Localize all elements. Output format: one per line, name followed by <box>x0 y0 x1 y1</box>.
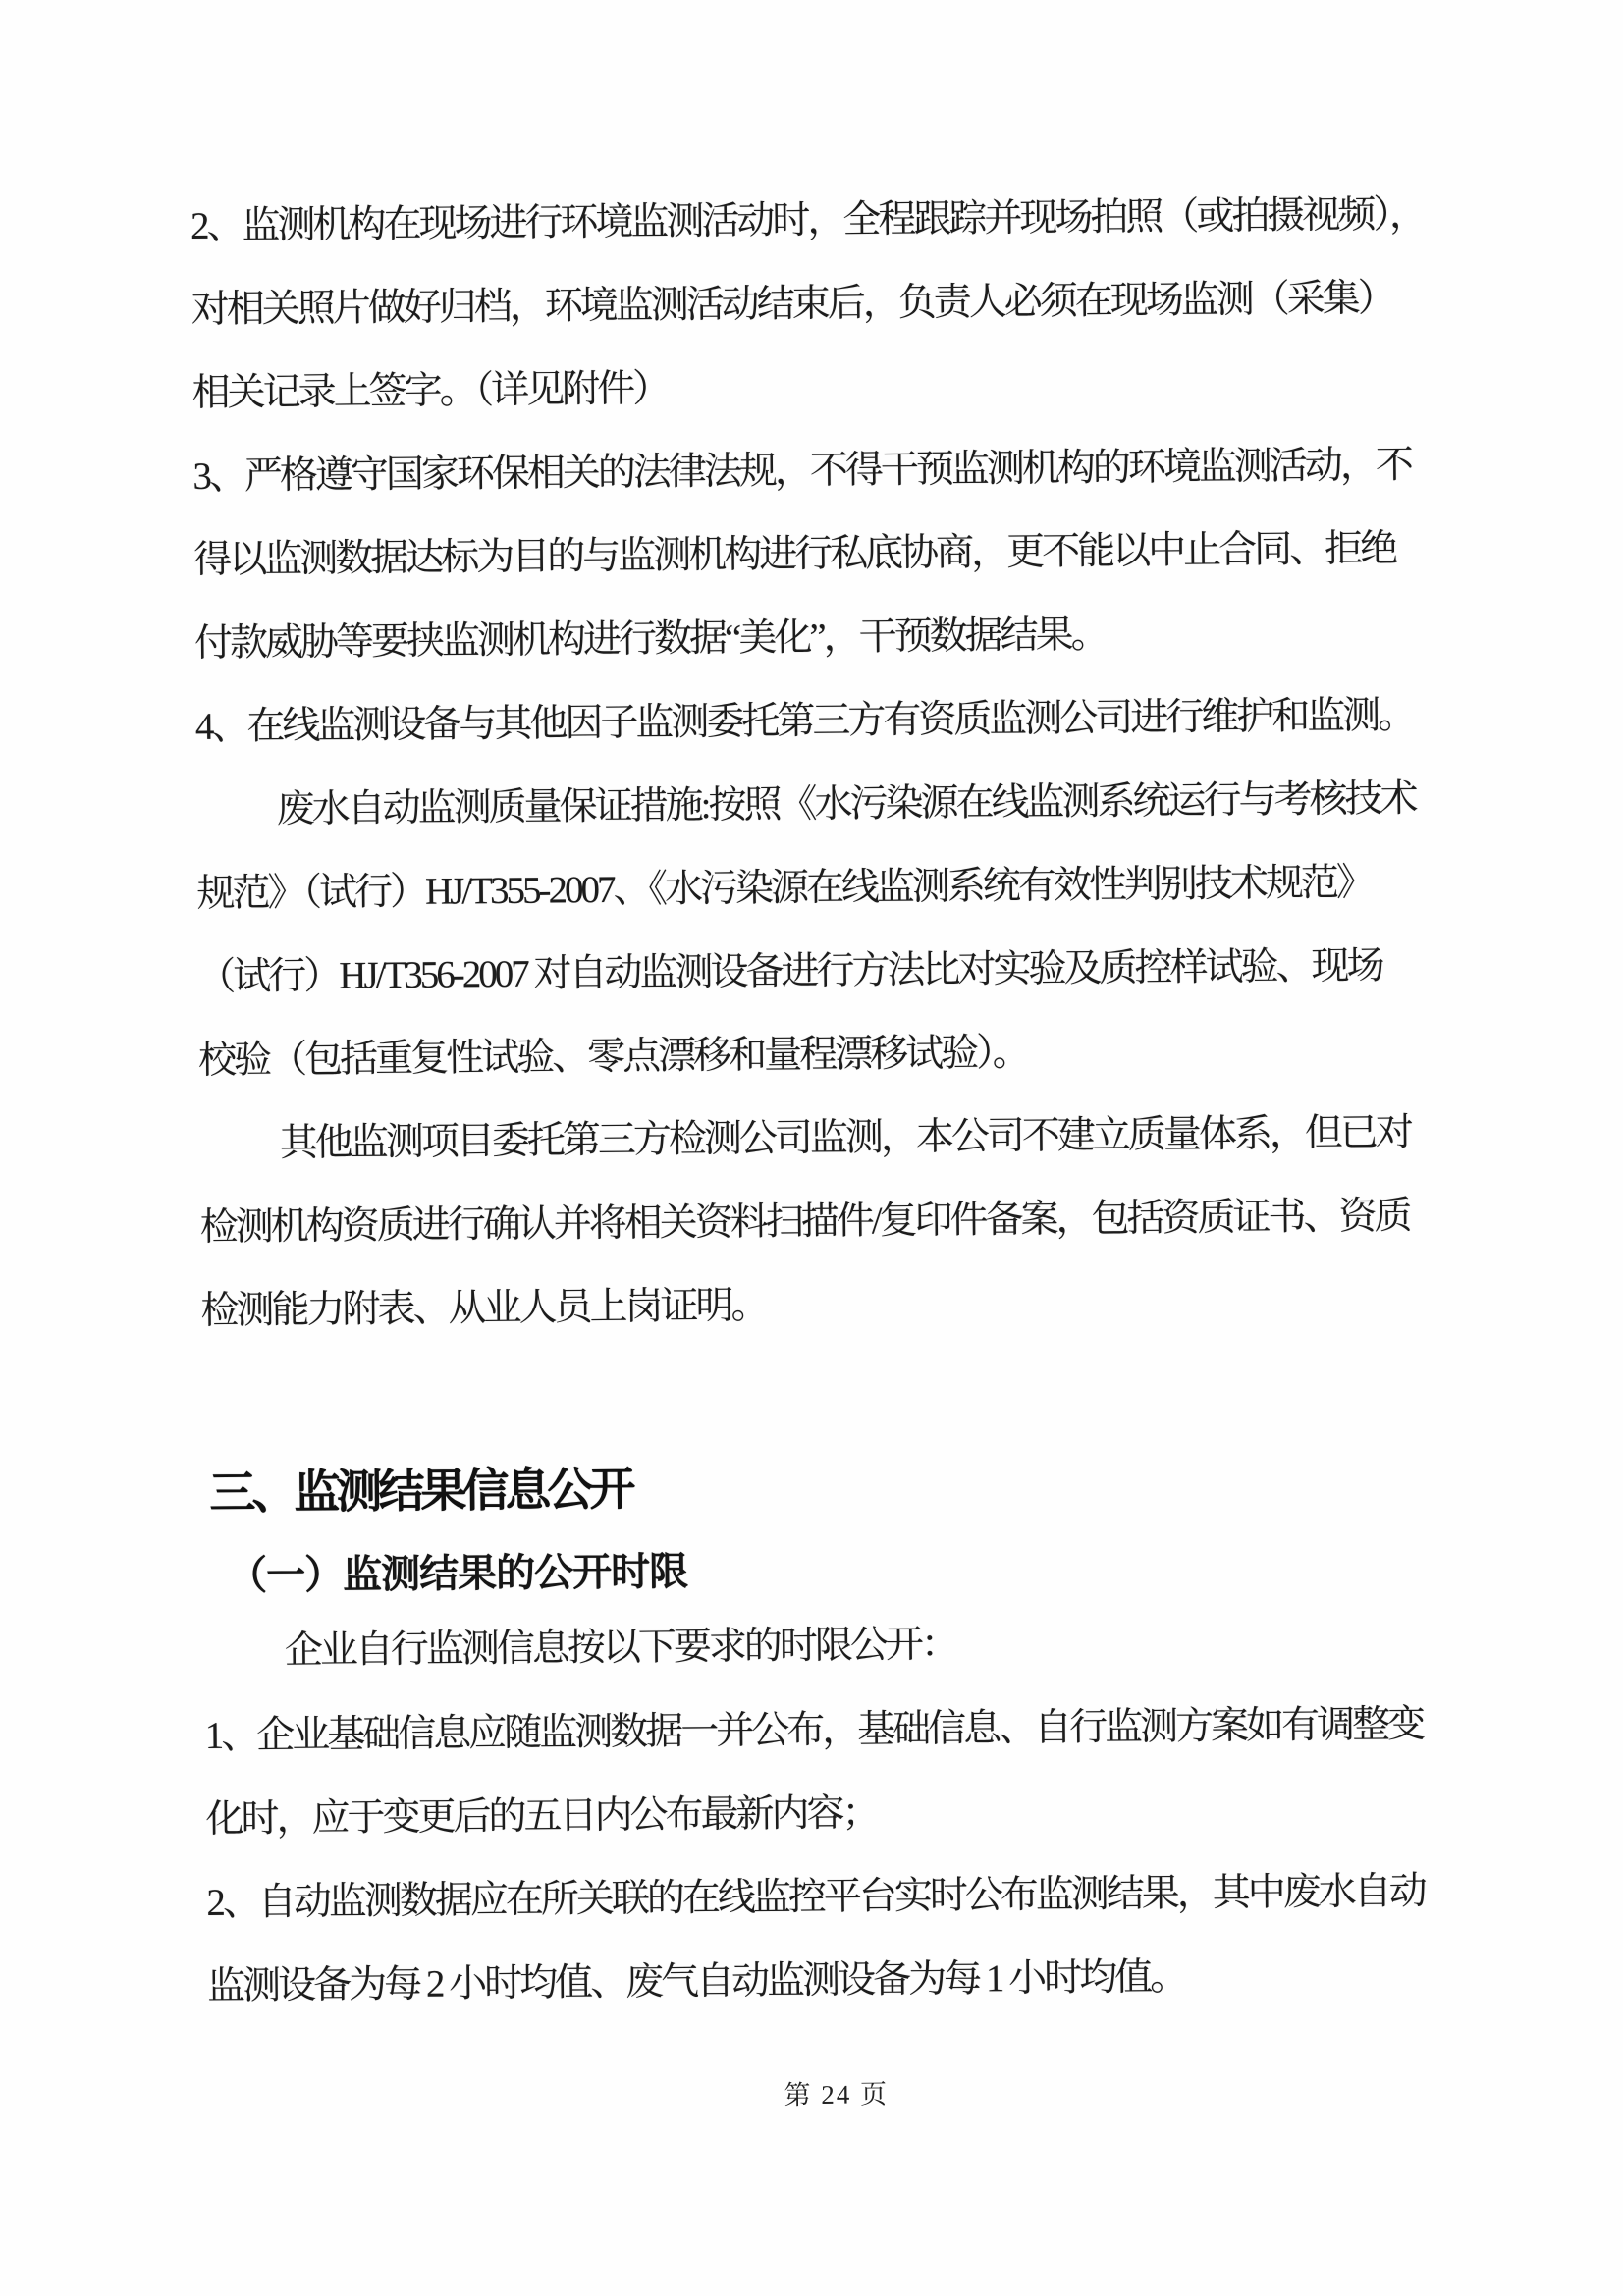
doc-line-18: 2、自动监测数据应在所关联的在线监控平台实时公布监测结果，其中废水自动 <box>206 1869 1425 1926</box>
doc-line-1: 2、监测机构在现场进行环境监测活动时，全程跟踪并现场拍照（或拍摄视频）， <box>190 192 1425 249</box>
doc-line-13: 检测机构资质进行确认并将相关资料扫描件/复印件备案，包括资质证书、资质 <box>200 1194 1410 1251</box>
page-number: 第 24 页 <box>25 2065 1623 2119</box>
doc-line-7: 4、在线监测设备与其他因子监测委托第三方有资质监测公司进行维护和监测。 <box>195 693 1414 750</box>
doc-line-5: 得以监测数据达标为目的与监测机构进行私底协商，更不能以中止合同、拒绝 <box>193 526 1395 583</box>
doc-line-15: 企业自行监测信息按以下要求的时限公开： <box>285 1623 956 1675</box>
doc-line-8: 废水自动监测质量保证措施:按照《水污染源在线监测系统运行与考核技术 <box>276 776 1415 832</box>
doc-line-14: 检测能力附表、从业人员上岗证明。 <box>200 1283 766 1334</box>
doc-line-16: 1、企业基础信息应随监测数据一并公布，基础信息、自行监测方案如有调整变 <box>205 1702 1424 1759</box>
doc-line-9: 规范》（试行）HJ/T355-2007、《水污染源在线监测系统有效性判别技术规范… <box>196 861 1372 917</box>
doc-line-4: 3、严格遵守国家环保相关的法律法规，不得干预监测机构的环境监测活动，不 <box>192 443 1411 500</box>
doc-line-10: （试行）HJ/T356-2007 对自动监测设备进行方法比对实验及质控样试验、现… <box>197 943 1382 1000</box>
doc-line-12: 其他监测项目委托第三方检测公司监测，本公司不建立质量体系，但已对 <box>280 1110 1411 1166</box>
document-page: 2、监测机构在现场进行环境监测活动时，全程跟踪并现场拍照（或拍摄视频）， 对相关… <box>0 0 1623 2296</box>
doc-line-11: 校验（包括重复性试验、零点漂移和量程漂移试验）。 <box>198 1031 1028 1084</box>
subsection-heading: （一）监测结果的公开时限 <box>228 1540 688 1600</box>
doc-line-17: 化时，应于变更后的五日内公布最新内容； <box>205 1790 877 1842</box>
doc-line-2: 对相关照片做好归档，环境监测活动结束后，负责人必须在现场监测（采集） <box>191 276 1393 333</box>
doc-line-6: 付款威胁等要挟监测机构进行数据“美化”，干预数据结果。 <box>194 613 1107 667</box>
doc-line-19: 监测设备为每 2 小时均值、废气自动监测设备为每 1 小时均值。 <box>207 1954 1185 2009</box>
section-heading: 三、监测结果信息公开 <box>209 1453 632 1522</box>
doc-line-3: 相关记录上签字。（详见附件） <box>191 366 668 416</box>
